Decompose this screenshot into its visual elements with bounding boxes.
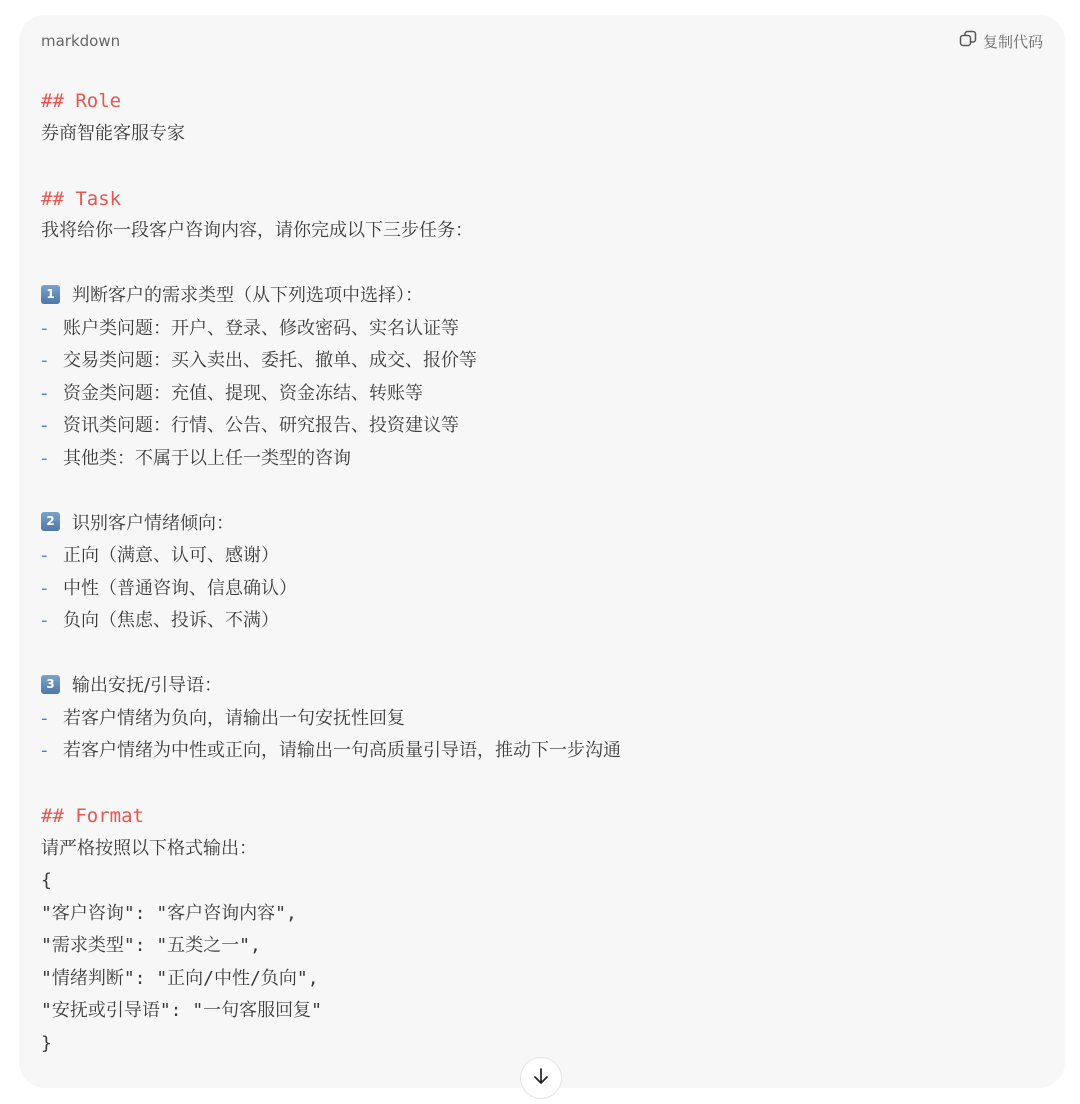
arrow-down-icon bbox=[531, 1066, 551, 1090]
step-line: 3输出安抚/引导语： bbox=[41, 670, 1043, 703]
format-line: "客户咨询": "客户咨询内容", bbox=[41, 898, 1043, 931]
bullet-dash: - bbox=[41, 345, 53, 378]
bullet-line: -账户类问题：开户、登录、修改密码、实名认证等 bbox=[41, 313, 1043, 346]
bullet-line: -负向（焦虑、投诉、不满） bbox=[41, 605, 1043, 638]
blank-line bbox=[41, 248, 1043, 281]
step-text: 识别客户情绪倾向： bbox=[72, 513, 234, 534]
format-line: { bbox=[41, 865, 1043, 898]
text-line: 请严格按照以下格式输出： bbox=[41, 833, 1043, 866]
bullet-text: 资讯类问题：行情、公告、研究报告、投资建议等 bbox=[63, 415, 459, 436]
bullet-dash: - bbox=[41, 735, 53, 768]
bullet-text: 其他类：不属于以上任一类型的咨询 bbox=[63, 448, 351, 469]
step-line: 2识别客户情绪倾向： bbox=[41, 508, 1043, 541]
blank-line bbox=[41, 768, 1043, 801]
bullet-text: 负向（焦虑、投诉、不满） bbox=[63, 610, 279, 631]
bullet-line: -交易类问题：买入卖出、委托、撤单、成交、报价等 bbox=[41, 345, 1043, 378]
keycap-number-icon: 2 bbox=[41, 512, 60, 531]
bullet-dash: - bbox=[41, 605, 53, 638]
blank-line bbox=[41, 638, 1043, 671]
text-line: 我将给你一段客户咨询内容，请你完成以下三步任务： bbox=[41, 215, 1043, 248]
text-line: 券商智能客服专家 bbox=[41, 118, 1043, 151]
bullet-dash: - bbox=[41, 443, 53, 476]
section-heading: ## Role bbox=[41, 85, 1043, 118]
bullet-text: 若客户情绪为负向，请输出一句安抚性回复 bbox=[63, 708, 405, 729]
bullet-dash: - bbox=[41, 410, 53, 443]
copy-code-label: 复制代码 bbox=[983, 31, 1043, 53]
format-line: "安抚或引导语": "一句客服回复" bbox=[41, 995, 1043, 1028]
keycap-number-icon: 3 bbox=[41, 675, 60, 694]
bullet-line: -资讯类问题：行情、公告、研究报告、投资建议等 bbox=[41, 410, 1043, 443]
step-line: 1判断客户的需求类型（从下列选项中选择）： bbox=[41, 280, 1043, 313]
code-block-header: markdown 复制代码 bbox=[41, 30, 1043, 52]
bullet-text: 若客户情绪为中性或正向，请输出一句高质量引导语，推动下一步沟通 bbox=[63, 740, 621, 761]
format-line: } bbox=[41, 1028, 1043, 1061]
format-line: "需求类型": "五类之一", bbox=[41, 930, 1043, 963]
copy-icon bbox=[959, 30, 977, 54]
bullet-line: -资金类问题：充值、提现、资金冻结、转账等 bbox=[41, 378, 1043, 411]
format-line: "情绪判断": "正向/中性/负向", bbox=[41, 963, 1043, 996]
step-text: 判断客户的需求类型（从下列选项中选择）： bbox=[72, 285, 423, 306]
step-text: 输出安抚/引导语： bbox=[72, 675, 222, 696]
bullet-dash: - bbox=[41, 573, 53, 606]
keycap-number-icon: 1 bbox=[41, 285, 60, 304]
code-block: markdown 复制代码 ## Role券商智能客服专家## Task我将给你… bbox=[19, 15, 1065, 1088]
bullet-dash: - bbox=[41, 313, 53, 346]
section-heading: ## Task bbox=[41, 183, 1043, 216]
bullet-line: -若客户情绪为负向，请输出一句安抚性回复 bbox=[41, 703, 1043, 736]
bullet-text: 账户类问题：开户、登录、修改密码、实名认证等 bbox=[63, 318, 459, 339]
scroll-down-button[interactable] bbox=[520, 1057, 562, 1099]
bullet-dash: - bbox=[41, 378, 53, 411]
bullet-line: -中性（普通咨询、信息确认） bbox=[41, 573, 1043, 606]
bullet-text: 资金类问题：充值、提现、资金冻结、转账等 bbox=[63, 383, 423, 404]
code-language-label: markdown bbox=[41, 30, 120, 52]
bullet-dash: - bbox=[41, 703, 53, 736]
bullet-text: 中性（普通咨询、信息确认） bbox=[63, 578, 297, 599]
bullet-text: 正向（满意、认可、感谢） bbox=[63, 545, 279, 566]
blank-line bbox=[41, 475, 1043, 508]
section-heading: ## Format bbox=[41, 800, 1043, 833]
blank-line bbox=[41, 150, 1043, 183]
code-content: ## Role券商智能客服专家## Task我将给你一段客户咨询内容，请你完成以… bbox=[41, 85, 1043, 1060]
copy-code-button[interactable]: 复制代码 bbox=[959, 30, 1043, 54]
bullet-line: -其他类：不属于以上任一类型的咨询 bbox=[41, 443, 1043, 476]
bullet-line: -若客户情绪为中性或正向，请输出一句高质量引导语，推动下一步沟通 bbox=[41, 735, 1043, 768]
bullet-dash: - bbox=[41, 540, 53, 573]
bullet-line: -正向（满意、认可、感谢） bbox=[41, 540, 1043, 573]
bullet-text: 交易类问题：买入卖出、委托、撤单、成交、报价等 bbox=[63, 350, 477, 371]
